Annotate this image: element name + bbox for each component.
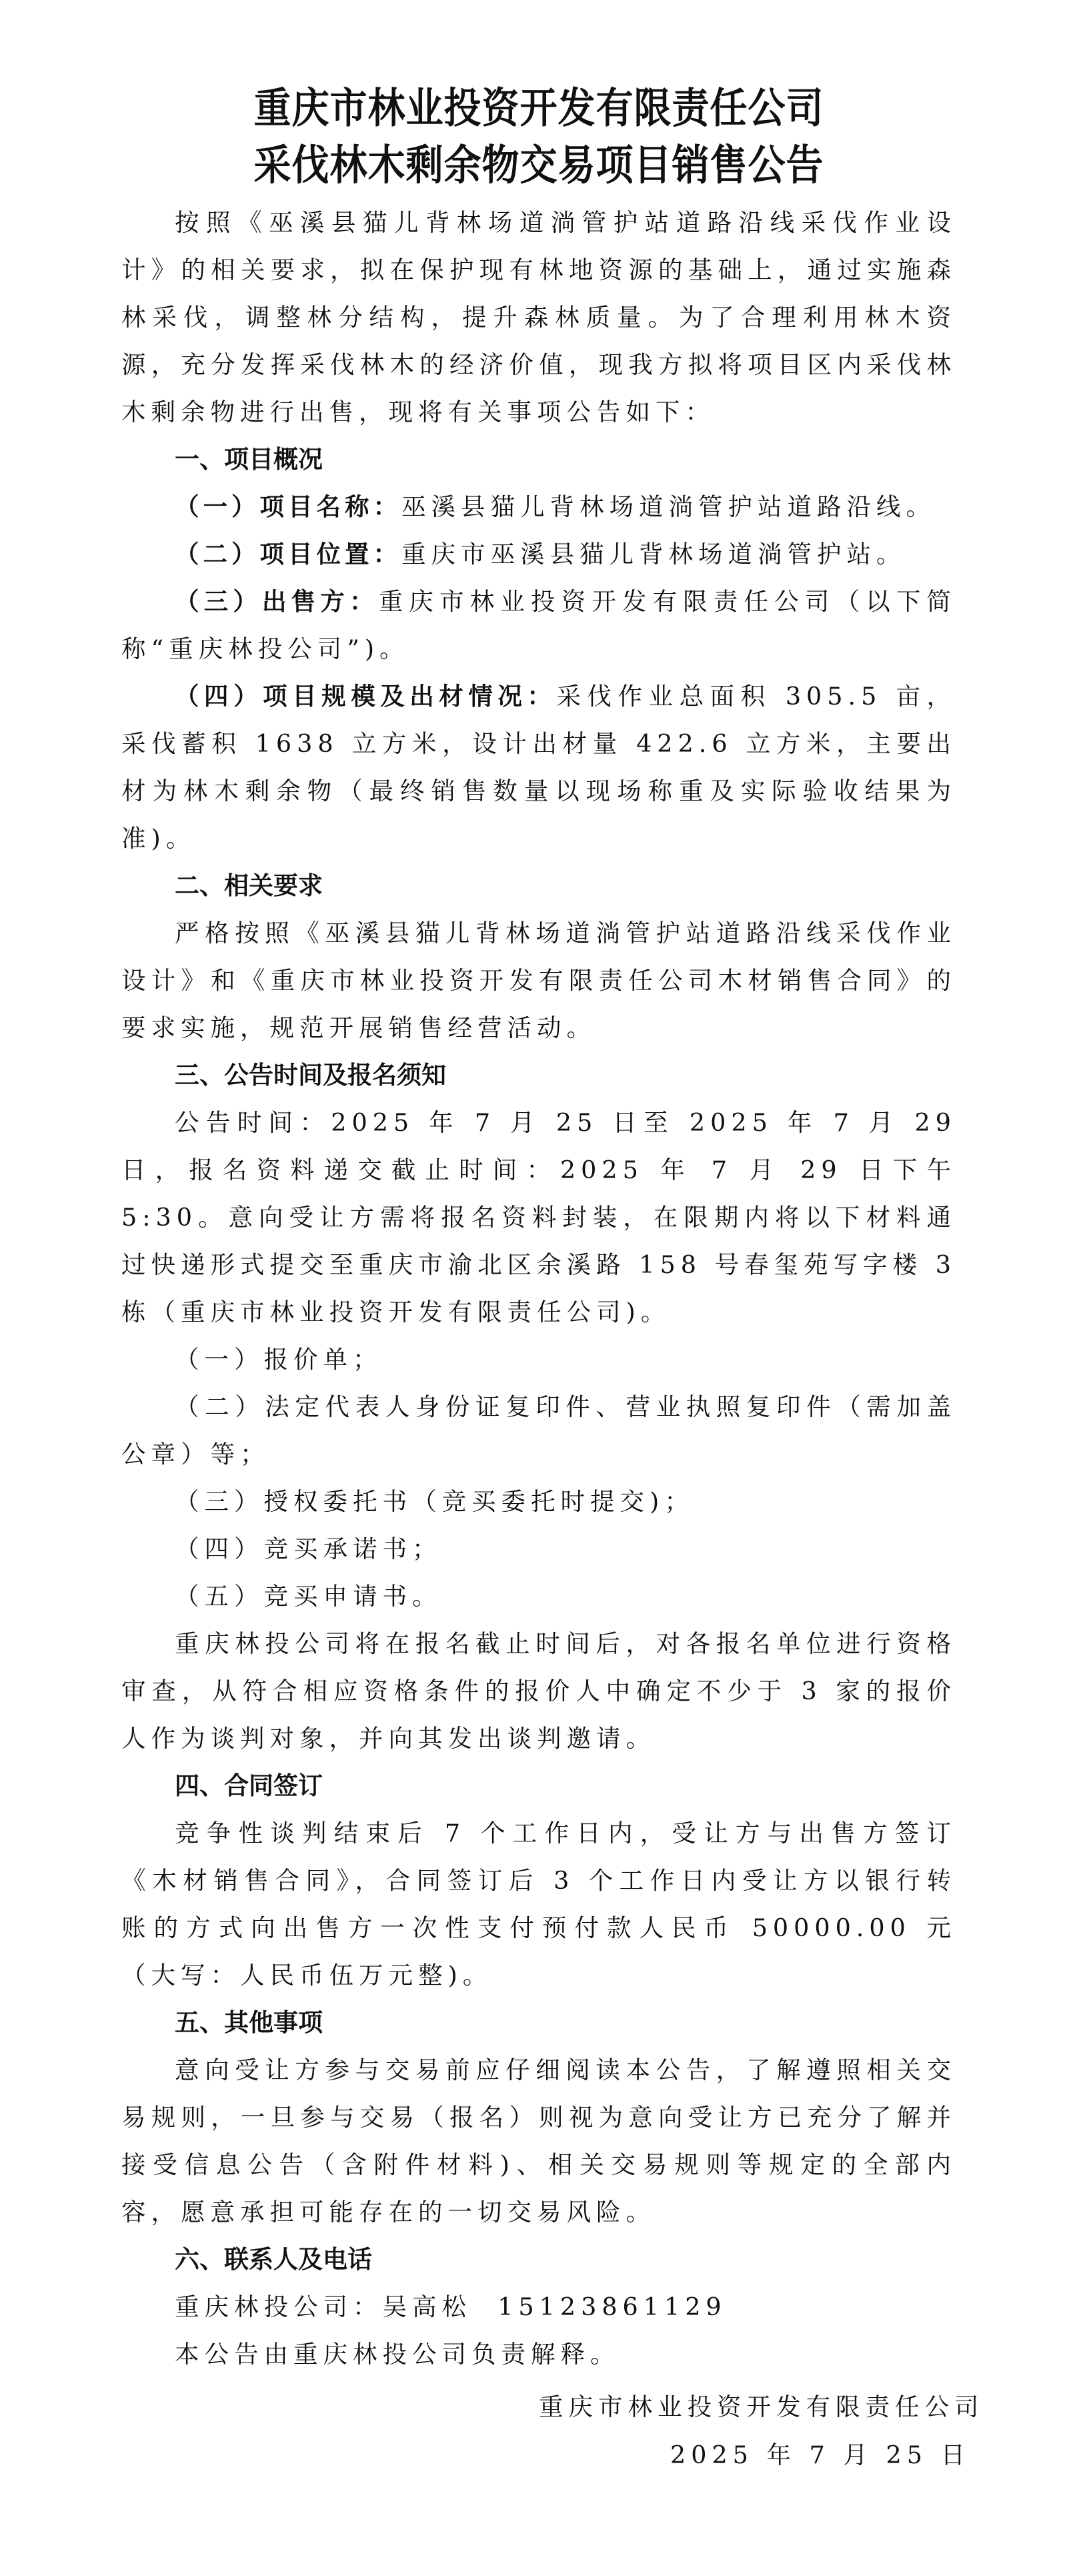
contact-line: 重庆林投公司：吴高松 15123861129 (121, 2283, 956, 2330)
section-heading-requirements: 二、相关要求 (121, 862, 956, 909)
item-text: 巫溪县猫儿背林场道淌管护站道路沿线。 (401, 492, 936, 521)
overview-item-scale: （四）项目规模及出材情况：采伐作业总面积 305.5 亩，采伐蓄积 1638 立… (121, 673, 956, 862)
signature-company: 重庆市林业投资开发有限责任公司 (539, 2383, 984, 2431)
section-heading-contact: 六、联系人及电话 (121, 2236, 956, 2283)
intro-paragraph: 按照《巫溪县猫儿背林场道淌管护站道路沿线采伐作业设计》的相关要求，拟在保护现有林… (121, 199, 956, 436)
section-heading-contract: 四、合同签订 (121, 1762, 956, 1809)
material-item-3: （三）授权委托书（竞买委托时提交)； (121, 1478, 956, 1525)
item-label: （四）项目规模及出材情况： (175, 682, 556, 711)
announcement-page: 重庆市林业投资开发有限责任公司 采伐林木剩余物交易项目销售公告 按照《巫溪县猫儿… (121, 0, 956, 2378)
title-line-1: 重庆市林业投资开发有限责任公司 (121, 81, 956, 137)
registration-paragraph: 公告时间：2025 年 7 月 25 日至 2025 年 7 月 29 日，报名… (121, 1099, 956, 1336)
document-title: 重庆市林业投资开发有限责任公司 采伐林木剩余物交易项目销售公告 (121, 0, 956, 194)
overview-item-location: （二）项目位置：重庆市巫溪县猫儿背林场道淌管护站。 (121, 530, 956, 578)
overview-item-seller: （三）出售方：重庆市林业投资开发有限责任公司（以下简称“重庆林投公司”)。 (121, 578, 956, 673)
item-label: （二）项目位置： (175, 540, 401, 568)
section-heading-registration: 三、公告时间及报名须知 (121, 1051, 956, 1099)
item-label: （一）项目名称： (175, 492, 401, 521)
item-text: 重庆市巫溪县猫儿背林场道淌管护站。 (401, 540, 906, 568)
overview-item-name: （一）项目名称：巫溪县猫儿背林场道淌管护站道路沿线。 (121, 483, 956, 530)
document-body: 按照《巫溪县猫儿背林场道淌管护站道路沿线采伐作业设计》的相关要求，拟在保护现有林… (121, 199, 956, 2378)
material-item-1: （一）报价单； (121, 1336, 956, 1383)
other-paragraph: 意向受让方参与交易前应仔细阅读本公告，了解遵照相关交易规则，一旦参与交易（报名）… (121, 2046, 956, 2236)
material-item-4: （四）竞买承诺书； (121, 1525, 956, 1573)
section-heading-overview: 一、项目概况 (121, 436, 956, 483)
title-line-2: 采伐林木剩余物交易项目销售公告 (121, 137, 956, 194)
qualification-paragraph: 重庆林投公司将在报名截止时间后，对各报名单位进行资格审查，从符合相应资格条件的报… (121, 1620, 956, 1762)
item-label: （三）出售方： (175, 587, 379, 616)
contract-paragraph: 竞争性谈判结束后 7 个工作日内，受让方与出售方签订《木材销售合同》，合同签订后… (121, 1809, 956, 1999)
interpretation-note: 本公告由重庆林投公司负责解释。 (121, 2330, 956, 2378)
section-heading-other: 五、其他事项 (121, 1999, 956, 2046)
material-item-5: （五）竞买申请书。 (121, 1573, 956, 1620)
signature-date: 2025 年 7 月 25 日 (670, 2431, 970, 2479)
requirements-paragraph: 严格按照《巫溪县猫儿背林场道淌管护站道路沿线采伐作业设计》和《重庆市林业投资开发… (121, 909, 956, 1051)
material-item-2: （二）法定代表人身份证复印件、营业执照复印件（需加盖公章）等； (121, 1383, 956, 1478)
